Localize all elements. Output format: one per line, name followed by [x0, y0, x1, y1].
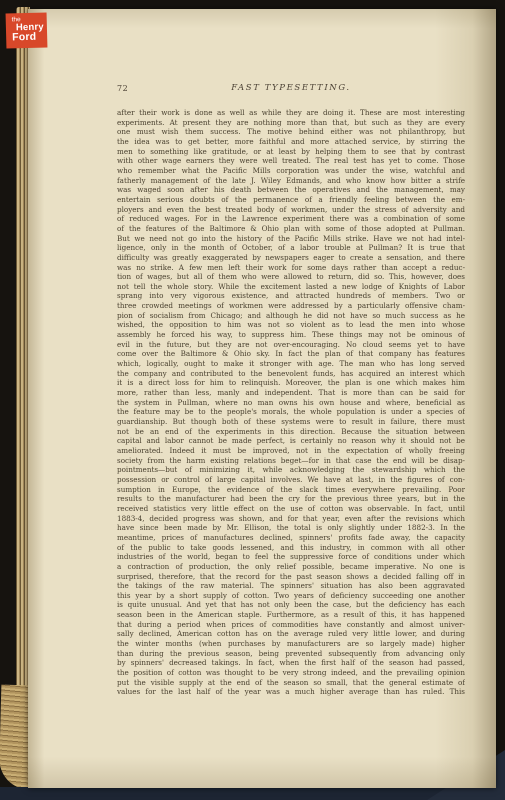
book-page: 72 FAST TYPESETTING. after their work is… [28, 9, 496, 788]
text-line: the company and contributed to the benev… [117, 369, 465, 379]
logo-text-ford: Ford [12, 31, 47, 42]
text-line: society from the harm existing relations… [117, 456, 465, 466]
text-line: of the public to take goods lessened, an… [117, 543, 465, 553]
text-line: of reduced wages. For in the Lawrence ex… [117, 214, 465, 224]
text-line: after their work is done as well as whil… [117, 108, 465, 118]
text-line: one must wish them success. The motive b… [117, 127, 465, 137]
text-line: a contraction of production, the only re… [117, 562, 465, 572]
text-line: the idea was to get better, more faithfu… [117, 137, 465, 147]
text-line: surprised, therefore, that the record fo… [117, 572, 465, 582]
text-line: that during a period when prices of comm… [117, 620, 465, 630]
text-line: it is a direct loss for him to relinquis… [117, 378, 465, 388]
text-line: guardianship. But though both of these s… [117, 417, 465, 427]
text-line: fatherly management of the late J. Wiley… [117, 176, 465, 186]
henry-ford-logo: the Henry Ford [6, 12, 48, 48]
text-line: values for the last half of the year was… [117, 687, 465, 697]
text-line: men to something like gratitude, or at l… [117, 147, 465, 157]
text-line: have since been made by Mr. Ellison, the… [117, 523, 465, 533]
text-line: pion of socialism from Chicago; and alth… [117, 311, 465, 321]
text-line: who remember what the Pacific Mills corp… [117, 166, 465, 176]
text-line: than during the previous season, being p… [117, 649, 465, 659]
text-line: the winter months (when purchases by man… [117, 639, 465, 649]
text-line: with other wage earners they were well t… [117, 156, 465, 166]
text-line: not be an end of the experiments in this… [117, 427, 465, 437]
text-line: sally declined, American cotton has on t… [117, 629, 465, 639]
body-text: after their work is done as well as whil… [117, 108, 465, 697]
page-header: 72 FAST TYPESETTING. [117, 83, 465, 95]
text-line: 1883-4, decided progress was shown, and … [117, 514, 465, 524]
text-line: tion of wages, but all of them who were … [117, 272, 465, 282]
text-line: sumption in Europe, the evidence of the … [117, 485, 465, 495]
text-line: the takings of the raw material. The spi… [117, 581, 465, 591]
text-line: of the features of the Baltimore & Ohio … [117, 224, 465, 234]
text-line: is quite unusual. And yet that has not o… [117, 600, 465, 610]
text-line: by spinners' decreased takings. In fact,… [117, 658, 465, 668]
text-line: this year by a short supply of cotton. T… [117, 591, 465, 601]
text-line: three crowded meetings of workmen were a… [117, 301, 465, 311]
text-line: come over the Baltimore & Ohio sky. In f… [117, 349, 465, 359]
text-line: capital and labor cannot be made perfect… [117, 436, 465, 446]
text-line: But we need not go into the history of t… [117, 234, 465, 244]
text-line: the feature may be to the people's moral… [117, 407, 465, 417]
text-line: possession or control of large capital i… [117, 475, 465, 485]
text-line: pointments—but of minimizing it, while a… [117, 465, 465, 475]
book-cover-bottom-edge [0, 787, 505, 800]
text-line: experiments. At present they are nothing… [117, 118, 465, 128]
text-line: evil in the future, but they are not ove… [117, 340, 465, 350]
text-line: was no strike. A few men left their work… [117, 263, 465, 273]
text-line: assembly he forced his way, to suppress … [117, 330, 465, 340]
text-line: which, logically, ought to make it stron… [117, 359, 465, 369]
text-line: received statistics very little effect o… [117, 504, 465, 514]
text-line: entertain serious doubts of the permanen… [117, 195, 465, 205]
text-line: season been in the American staple. Furt… [117, 610, 465, 620]
text-line: difficulty was greatly exaggerated by ne… [117, 253, 465, 263]
text-line: more, rather than less, manly and indepe… [117, 388, 465, 398]
text-line: sprang into very vigorous existence, and… [117, 291, 465, 301]
text-line: ameliorated. Indeed it must be improved,… [117, 446, 465, 456]
scanned-book-photo: 72 FAST TYPESETTING. after their work is… [0, 0, 505, 800]
text-line: results to the manufacturer had been the… [117, 494, 465, 504]
text-line: not tell the whole story. While the exci… [117, 282, 465, 292]
text-line: meantime, prices of manufactures decline… [117, 533, 465, 543]
text-line: was waged soon after his death between t… [117, 185, 465, 195]
text-line: the system in Pullman, where no man owns… [117, 398, 465, 408]
text-line: wished, the opposition to him was not so… [117, 320, 465, 330]
text-line: industries of the world, began to feel t… [117, 552, 465, 562]
text-line: the position of cotton was thought to be… [117, 668, 465, 678]
text-line: ployers and even the best treated body o… [117, 205, 465, 215]
text-line: ligence, only in the month of October, o… [117, 243, 465, 253]
text-line: put the visible supply at the end of the… [117, 678, 465, 688]
running-header: FAST TYPESETTING. [117, 83, 465, 93]
